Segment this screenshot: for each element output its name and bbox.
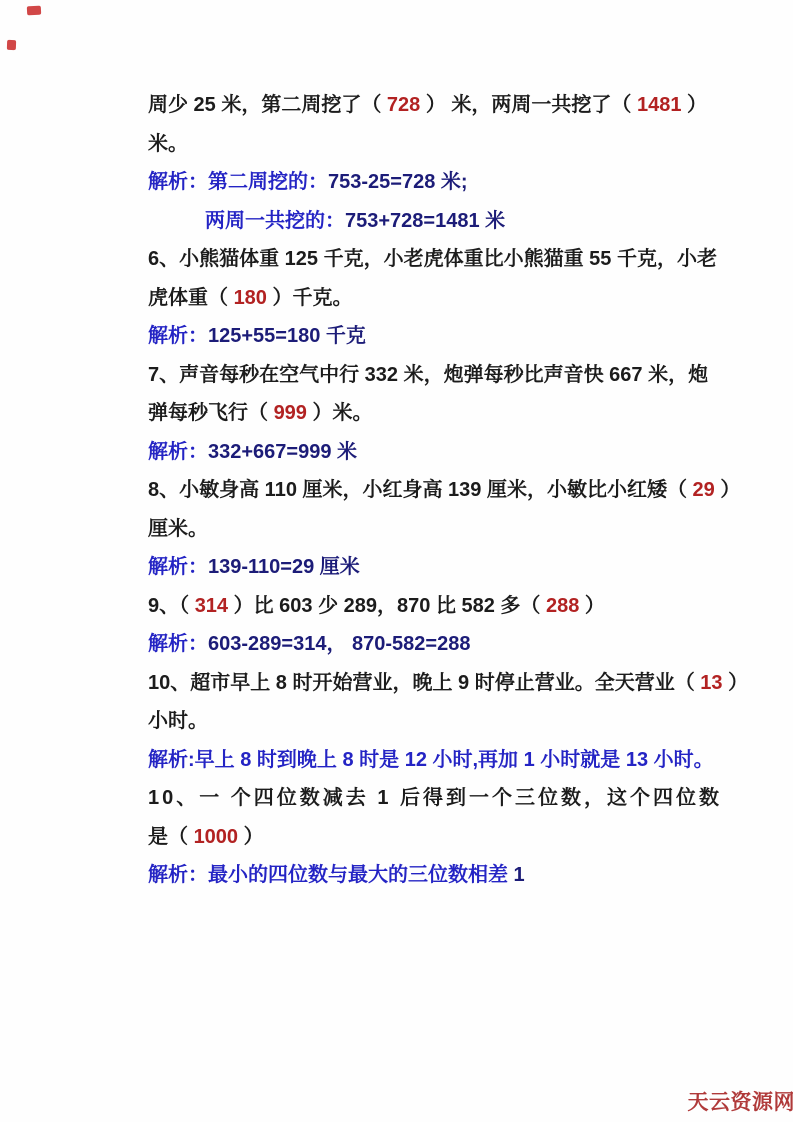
text-line: 两周一共挖的：753+728=1481 米 <box>148 202 708 241</box>
formula-text: 753+728=1481 米 <box>345 210 505 232</box>
formula-text: 332+667=999 米 <box>208 441 357 463</box>
question-text: 10、一 个四位数减去 1 后得到一个三位数，这个四位数 <box>148 787 722 809</box>
question-text: 7、声音每秒在空气中行 332 米，炮弹每秒比声音快 667 米，炮 <box>148 364 708 386</box>
text-line: 6、小熊猫体重 125 千克，小老虎体重比小熊猫重 55 千克，小老 <box>148 240 708 279</box>
text-line: 小时。 <box>148 702 708 741</box>
text-line: 是（ 1000 ） <box>148 818 708 857</box>
text-line: 虎体重（ 180 ）千克。 <box>148 279 708 318</box>
question-text: 小时。 <box>148 710 208 732</box>
red-corner-mark <box>7 40 16 50</box>
watermark-text: 天云资源网 <box>688 1086 793 1116</box>
question-text: ）千克。 <box>267 287 353 309</box>
text-line: 8、小敏身高 110 厘米，小红身高 139 厘米，小敏比小红矮（ 29 ） <box>148 471 708 510</box>
answer-value: 1481 <box>637 94 682 116</box>
text-line: 10、一 个四位数减去 1 后得到一个三位数，这个四位数 <box>148 779 708 818</box>
analysis-label: 解析： <box>148 441 208 463</box>
text-line: 解析：139-110=29 厘米 <box>148 548 708 587</box>
text-line: 解析：125+55=180 千克 <box>148 317 708 356</box>
answer-value: 13 <box>700 672 722 694</box>
question-text: 9、（ <box>148 595 195 617</box>
question-text: ） <box>238 826 264 848</box>
question-text: 厘米。 <box>148 518 208 540</box>
formula-text: 139-110=29 厘米 <box>208 556 360 578</box>
worksheet-text-block: 周少 25 米，第二周挖了（ 728 ） 米，两周一共挖了（ 1481 ）米。解… <box>148 86 708 895</box>
formula-text: 753-25=728 米; <box>328 171 468 193</box>
worksheet-page: 周少 25 米，第二周挖了（ 728 ） 米，两周一共挖了（ 1481 ）米。解… <box>0 0 793 1122</box>
answer-value: 314 <box>195 595 228 617</box>
question-text: ） <box>723 672 749 694</box>
answer-value: 999 <box>274 402 307 424</box>
analysis-label: 解析： <box>148 633 208 655</box>
formula-text: 125+55=180 千克 <box>208 325 366 347</box>
question-text: 周少 25 米，第二周挖了（ <box>148 94 387 116</box>
analysis-label: 早上 8 时到晚上 8 时是 12 小时,再加 1 小时就是 13 小时。 <box>195 749 714 771</box>
text-line: 厘米。 <box>148 510 708 549</box>
answer-value: 29 <box>693 479 715 501</box>
analysis-label: 解析：第二周挖的： <box>148 171 328 193</box>
analysis-label: 解析: <box>148 749 195 771</box>
text-line: 米。 <box>148 125 708 164</box>
question-text: 8、小敏身高 110 厘米，小红身高 139 厘米，小敏比小红矮（ <box>148 479 693 501</box>
question-text: ） <box>579 595 605 617</box>
question-text: ） <box>715 479 741 501</box>
text-line: 解析：第二周挖的：753-25=728 米; <box>148 163 708 202</box>
formula-text: 1 <box>508 864 525 886</box>
text-line: 解析:早上 8 时到晚上 8 时是 12 小时,再加 1 小时就是 13 小时。 <box>148 741 708 780</box>
answer-value: 728 <box>387 94 420 116</box>
question-text: ）米。 <box>307 402 373 424</box>
question-text: ） <box>681 94 707 116</box>
analysis-label: 解析： <box>148 325 208 347</box>
text-line: 弹每秒飞行（ 999 ）米。 <box>148 394 708 433</box>
question-text: 米。 <box>148 133 188 155</box>
analysis-label: 最小的四位数与最大的三位数相差 <box>208 864 508 886</box>
analysis-label: 两周一共挖的： <box>205 210 345 232</box>
text-line: 周少 25 米，第二周挖了（ 728 ） 米，两周一共挖了（ 1481 ） <box>148 86 708 125</box>
text-line: 10、超市早上 8 时开始营业，晚上 9 时停止营业。全天营业（ 13 ） <box>148 664 708 703</box>
question-text: 弹每秒飞行（ <box>148 402 274 424</box>
text-line: 解析：最小的四位数与最大的三位数相差 1 <box>148 856 708 895</box>
question-text: 是（ <box>148 826 194 848</box>
text-line: 解析：332+667=999 米 <box>148 433 708 472</box>
text-line: 9、（ 314 ）比 603 少 289，870 比 582 多（ 288 ） <box>148 587 708 626</box>
question-text: 6、小熊猫体重 125 千克，小老虎体重比小熊猫重 55 千克，小老 <box>148 248 717 270</box>
question-text: ） 米，两周一共挖了（ <box>420 94 637 116</box>
answer-value: 180 <box>234 287 267 309</box>
analysis-label: 解析： <box>148 556 208 578</box>
question-text: 10、超市早上 8 时开始营业，晚上 9 时停止营业。全天营业（ <box>148 672 700 694</box>
answer-value: 1000 <box>194 826 239 848</box>
formula-text: 603-289=314， 870-582=288 <box>208 633 470 655</box>
question-text: 虎体重（ <box>148 287 234 309</box>
red-corner-mark <box>27 6 41 16</box>
question-text: ）比 603 少 289，870 比 582 多（ <box>228 595 546 617</box>
text-line: 解析：603-289=314， 870-582=288 <box>148 625 708 664</box>
answer-value: 288 <box>546 595 579 617</box>
text-line: 7、声音每秒在空气中行 332 米，炮弹每秒比声音快 667 米，炮 <box>148 356 708 395</box>
analysis-label: 解析： <box>148 864 208 886</box>
